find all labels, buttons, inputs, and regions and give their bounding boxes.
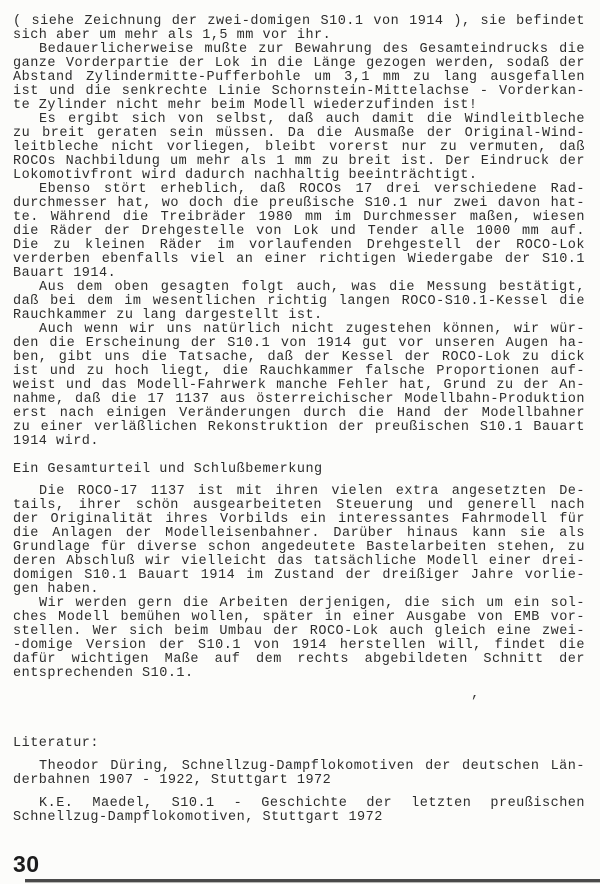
stray-comma-mark: , — [471, 686, 479, 702]
text-line: ben, gibt uns die Tatsache, daß der Kess… — [13, 351, 585, 365]
text-line: daß bei dem im wesentlichen richtig lang… — [13, 295, 585, 309]
paragraph: Es ergibt sich von selbst, daß auch dami… — [13, 113, 585, 183]
paragraph: ( siehe Zeichnung der zwei-domigen S10.1… — [13, 15, 585, 43]
text-line: Die zu kleinen Räder im vorlaufenden Dre… — [13, 239, 585, 253]
text-line: Grundlage für diverse schon angedeutete … — [13, 541, 585, 555]
text-line: ist und die senkrechte Linie Schornstein… — [13, 85, 585, 99]
section-heading: Ein Gesamturteil und Schlußbemerkung — [13, 463, 585, 477]
text-line: deren Abschluß wir vielleicht das tatsäc… — [13, 555, 585, 569]
text-line: Wir werden gern die Arbeiten derjenigen,… — [13, 597, 585, 611]
text-line: entsprechenden S10.1. — [13, 667, 585, 681]
text-line: domigen S10.1 Bauart 1914 im Zustand der… — [13, 569, 585, 583]
text-line: Auch wenn wir uns natürlich nicht zugest… — [13, 323, 585, 337]
text-line: Schnellzug-Dampflokomotiven, Stuttgart 1… — [13, 811, 585, 825]
text-line: Rauchkammer zu lang dargestellt ist. — [13, 309, 585, 323]
text-line: zu breit geraten sein müssen. Da die Aus… — [13, 127, 585, 141]
text-line: die Räder der Drehgestelle von Lok und T… — [13, 225, 585, 239]
text-line: der Originalität ihres Vorbilds ein inte… — [13, 513, 585, 527]
bottom-scan-bar — [25, 879, 600, 882]
text-line: leitbleche nicht vorliegen, bleibt vorer… — [13, 141, 585, 155]
text-line: dafür wichtigen Maße auf dem rechts abge… — [13, 653, 585, 667]
page-number: 30 — [13, 851, 40, 878]
text-line: ches Modell bemühen wollen, später in ei… — [13, 611, 585, 625]
text-line: ( siehe Zeichnung der zwei-domigen S10.1… — [13, 15, 585, 29]
text-line: nahme, daß die 17 1137 aus österreichisc… — [13, 393, 585, 407]
scanned-document-page: ( siehe Zeichnung der zwei-domigen S10.1… — [0, 0, 600, 884]
paragraph: K.E. Maedel, S10.1 - Geschichte der letz… — [13, 797, 585, 825]
text-line: te. Während die Treibräder 1980 mm im Du… — [13, 211, 585, 225]
text-line: den die Erscheinung der S10.1 von 1914 g… — [13, 337, 585, 351]
text-block: ( siehe Zeichnung der zwei-domigen S10.1… — [13, 15, 585, 825]
paragraph: Auch wenn wir uns natürlich nicht zugest… — [13, 323, 585, 449]
text-line: te Zylinder nicht mehr beim Modell wiede… — [13, 99, 585, 113]
text-line: Die ROCO-17 1137 ist mit ihren vielen ex… — [13, 485, 585, 499]
text-line: Ebenso stört erheblich, daß ROCOs 17 dre… — [13, 183, 585, 197]
text-line: Theodor Düring, Schnellzug-Dampflokomoti… — [13, 760, 585, 774]
paragraph: Ebenso stört erheblich, daß ROCOs 17 dre… — [13, 183, 585, 281]
text-line: K.E. Maedel, S10.1 - Geschichte der letz… — [13, 797, 585, 811]
text-line: stellen. Wer sich beim Umbau der ROCO-Lo… — [13, 625, 585, 639]
text-line: Aus dem oben gesagten folgt auch, was di… — [13, 281, 585, 295]
literature-entries: Theodor Düring, Schnellzug-Dampflokomoti… — [13, 760, 585, 825]
text-line: tails, ihrer schön ausgearbeiteten Steue… — [13, 499, 585, 513]
text-line: ROCOs Nachbildung um mehr als 1 mm zu br… — [13, 155, 585, 169]
text-line: sich aber um mehr als 1,5 mm vor ihr. — [13, 29, 585, 43]
text-line: verderben ebenfalls viel an einer richti… — [13, 253, 585, 267]
paragraph: Theodor Düring, Schnellzug-Dampflokomoti… — [13, 760, 585, 788]
text-line: ist und zu hoch liegt, die Rauchkammer f… — [13, 365, 585, 379]
text-line: Abstand Zylindermitte-Pufferbohle um 3,1… — [13, 71, 585, 85]
text-line: weist und das Modell-Fahrwerk manche Feh… — [13, 379, 585, 393]
paragraph: Die ROCO-17 1137 ist mit ihren vielen ex… — [13, 485, 585, 597]
text-line: derbahnen 1907 - 1922, Stuttgart 1972 — [13, 774, 585, 788]
text-line: Es ergibt sich von selbst, daß auch dami… — [13, 113, 585, 127]
text-line: Bauart 1914. — [13, 267, 585, 281]
text-line: gen haben. — [13, 583, 585, 597]
text-line: Bedauerlicherweise mußte zur Bewahrung d… — [13, 43, 585, 57]
literature-label: Literatur: — [13, 737, 585, 751]
text-line: zu einer verläßlichen Rekonstruktion der… — [13, 421, 585, 435]
text-line: Lokomotivfront wird dadurch nachhaltig b… — [13, 169, 585, 183]
text-line: ganze Vorderpartie der Lok in die Länge … — [13, 57, 585, 71]
text-line: 1914 wird. — [13, 435, 585, 449]
text-line: die Anlagen der Modelleisenbahner. Darüb… — [13, 527, 585, 541]
text-line: erst nach einigen Veränderungen durch di… — [13, 407, 585, 421]
main-text: ( siehe Zeichnung der zwei-domigen S10.1… — [13, 15, 585, 449]
paragraph: Aus dem oben gesagten folgt auch, was di… — [13, 281, 585, 323]
text-line: -domige Version der S10.1 von 1914 herst… — [13, 639, 585, 653]
paragraph: Bedauerlicherweise mußte zur Bewahrung d… — [13, 43, 585, 113]
conclusion-text: Die ROCO-17 1137 ist mit ihren vielen ex… — [13, 485, 585, 681]
text-line: durchmesser hat, wo doch die preußische … — [13, 197, 585, 211]
paragraph: Wir werden gern die Arbeiten derjenigen,… — [13, 597, 585, 681]
